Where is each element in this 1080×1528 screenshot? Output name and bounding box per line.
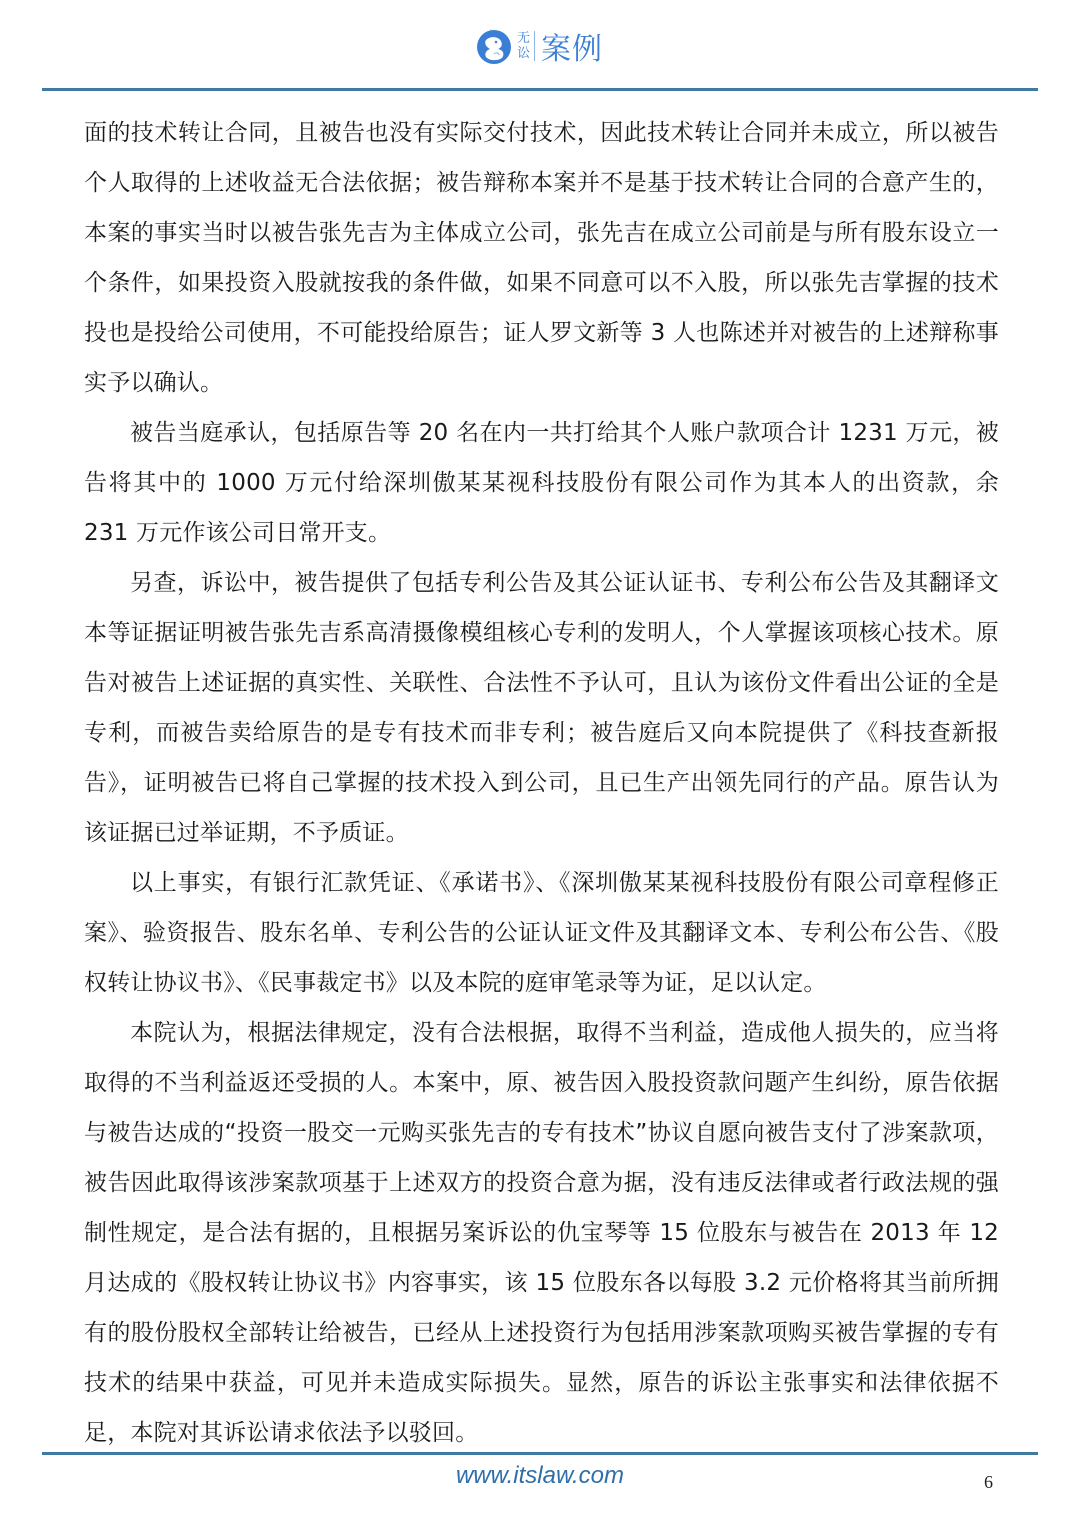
paragraph: 被告当庭承认，包括原告等 20 名在内一共打给其个人账户款项合计 1231 万元…: [84, 408, 999, 558]
itslaw-cases-logo: 无 讼 案例: [474, 22, 603, 70]
paragraph: 本院认为，根据法律规定，没有合法根据，取得不当利益，造成他人损失的，应当将取得的…: [84, 1008, 999, 1458]
page-number: 6: [984, 1472, 993, 1493]
paragraph: 面的技术转让合同，且被告也没有实际交付技术，因此技术转让合同并未成立，所以被告个…: [84, 108, 999, 408]
footer-rule: [42, 1452, 1038, 1455]
logo-title: 案例: [541, 24, 603, 68]
footer-website-link[interactable]: www.itslaw.com: [0, 1462, 1080, 1490]
logo-divider: [534, 31, 535, 61]
page-header: 无 讼 案例: [0, 0, 1080, 90]
logo-wordmark-small: 无 讼: [517, 31, 530, 61]
paragraph: 以上事实，有银行汇款凭证、《承诺书》、《深圳傲某某视科技股份有限公司章程修正案》…: [84, 858, 999, 1008]
document-body: 面的技术转让合同，且被告也没有实际交付技术，因此技术转让合同并未成立，所以被告个…: [84, 108, 999, 1458]
logo-char-wu: 无: [517, 31, 530, 46]
logo-char-song: 讼: [517, 46, 530, 61]
header-rule: [42, 88, 1038, 91]
paragraph: 另查，诉讼中，被告提供了包括专利公告及其公证认证书、专利公布公告及其翻译文本等证…: [84, 558, 999, 858]
itslaw-mascot-icon: [474, 26, 514, 66]
